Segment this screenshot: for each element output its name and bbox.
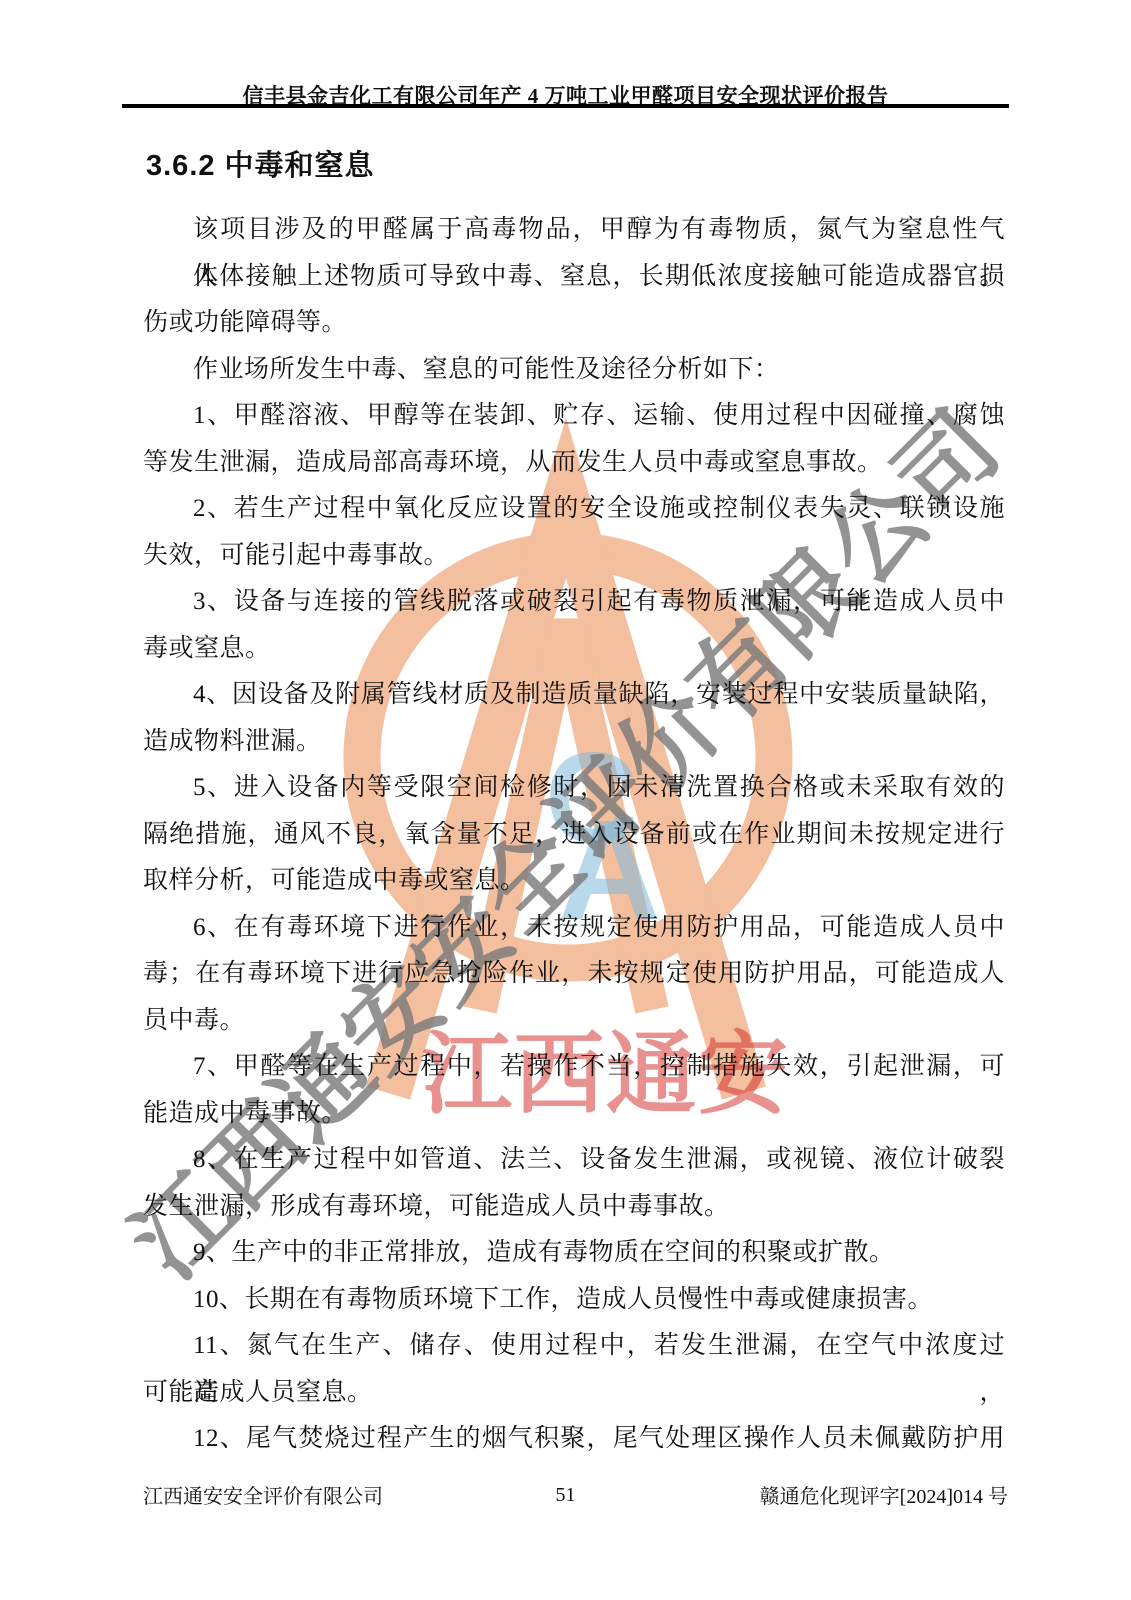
body-line: 员中毒。 (143, 998, 1005, 1045)
body-line: 隔绝措施，通风不良，氧含量不足，进入设备前或在作业期间未按规定进行 (143, 812, 1005, 859)
body-line: 等发生泄漏，造成局部高毒环境，从而发生人员中毒或窒息事故。 (143, 440, 1005, 487)
body-line: 9、生产中的非正常排放，造成有毒物质在空间的积聚或扩散。 (143, 1230, 1005, 1277)
body-line: 取样分析，可能造成中毒或窒息。 (143, 858, 1005, 905)
body-text-block: 该项目涉及的甲醛属于高毒物品，甲醇为有毒物质，氮气为窒息性气体。人体接触上述物质… (143, 207, 1005, 1463)
body-line: 3、设备与连接的管线脱落或破裂引起有毒物质泄漏，可能造成人员中 (143, 579, 1005, 626)
body-line: 1、甲醛溶液、甲醇等在装卸、贮存、运输、使用过程中因碰撞、腐蚀 (143, 393, 1005, 440)
body-line: 7、甲醛等在生产过程中，若操作不当，控制措施失效，引起泄漏，可 (143, 1044, 1005, 1091)
body-line: 能造成中毒事故。 (143, 1091, 1005, 1138)
section-heading: 3.6.2 中毒和窒息 (146, 143, 375, 184)
body-line: 伤或功能障碍等。 (143, 300, 1005, 347)
body-line: 失效，可能引起中毒事故。 (143, 533, 1005, 580)
body-line: 10、长期在有毒物质环境下工作，造成人员慢性中毒或健康损害。 (143, 1277, 1005, 1324)
document-page: C A 江西通安安全评价有限公司 江西通安 信丰县金吉化工有限公司年产 4 万吨… (0, 0, 1131, 1600)
body-line: 该项目涉及的甲醛属于高毒物品，甲醇为有毒物质，氮气为窒息性气体。 (143, 207, 1005, 254)
body-line: 8、在生产过程中如管道、法兰、设备发生泄漏，或视镜、液位计破裂 (143, 1137, 1005, 1184)
body-line: 4、因设备及附属管线材质及制造质量缺陷，安装过程中安装质量缺陷， (143, 672, 1005, 719)
body-line: 12、尾气焚烧过程产生的烟气积聚，尾气处理区操作人员未佩戴防护用 (143, 1416, 1005, 1463)
body-line: 毒；在有毒环境下进行应急抢险作业，未按规定使用防护用品，可能造成人 (143, 951, 1005, 998)
body-line: 人体接触上述物质可导致中毒、窒息，长期低浓度接触可能造成器官损 (143, 254, 1005, 301)
footer-doc-number: 赣通危化现评字[2024]014 号 (760, 1480, 1008, 1509)
body-line: 5、进入设备内等受限空间检修时，因未清洗置换合格或未采取有效的 (143, 765, 1005, 812)
body-line: 毒或窒息。 (143, 626, 1005, 673)
body-line: 2、若生产过程中氧化反应设置的安全设施或控制仪表失灵、联锁设施 (143, 486, 1005, 533)
body-line: 造成物料泄漏。 (143, 719, 1005, 766)
body-line: 11、氮气在生产、储存、使用过程中，若发生泄漏，在空气中浓度过高， (143, 1323, 1005, 1370)
body-line: 6、在有毒环境下进行作业，未按规定使用防护用品，可能造成人员中 (143, 905, 1005, 952)
body-line: 作业场所发生中毒、窒息的可能性及途径分析如下： (143, 347, 1005, 394)
body-line: 发生泄漏，形成有毒环境，可能造成人员中毒事故。 (143, 1184, 1005, 1231)
header-rule (122, 104, 1009, 108)
page-content: 信丰县金吉化工有限公司年产 4 万吨工业甲醛项目安全现状评价报告 3.6.2 中… (0, 0, 1131, 1600)
